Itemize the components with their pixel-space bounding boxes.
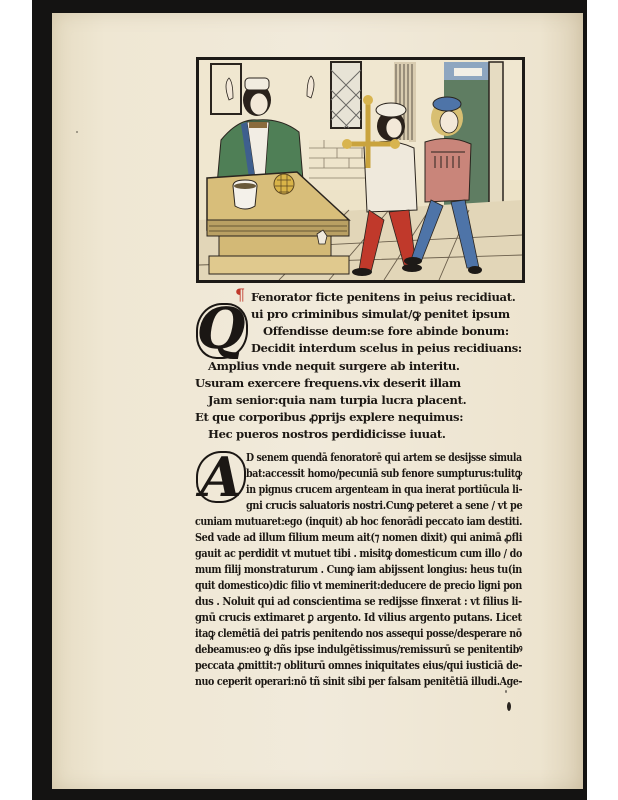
- prose-line: nuo ceperit operari:nō tñ sinit sibi per…: [195, 674, 522, 688]
- verse-line: Et que corporibus ꝓprijs explere nequimu…: [195, 410, 463, 424]
- prose-line: mum filij monstraturum . Cunꝙ iam abijss…: [195, 562, 522, 576]
- prose-line: gnū crucis extimaret ꝑ argento. Id viliu…: [195, 610, 522, 624]
- prose-line: quit domestico)dic filio vt meminerit:de…: [195, 578, 522, 592]
- verse-line: Amplius vnde nequit surgere ab interitu.: [208, 359, 460, 373]
- prose-line: Sed vade ad illum filium meum ait(⁊ nome…: [195, 530, 522, 544]
- verse-line: Jam senior:quia nam turpia lucra placent…: [208, 393, 466, 407]
- prose-line: gni crucis saluatoris nostri.Cunꝙ petere…: [246, 498, 522, 512]
- prose-line: D senem quendā fenoratorē qui artem se d…: [246, 450, 522, 464]
- chapter-heading: Fenorator ficte penitens in peius recidi…: [251, 290, 515, 304]
- woodcut-scene-icon: [199, 60, 522, 280]
- prose-line: cuniam mutuaret:ego (inquit) ab hoc feno…: [195, 514, 522, 528]
- prose-line: dus . Noluit qui ad conscientima se redi…: [195, 594, 522, 608]
- verse-line: ui pro criminibus simulat/ꝙ penitet ipsu…: [251, 307, 510, 321]
- dropcap-flourish-icon: [196, 303, 248, 359]
- dropcap-flourish-icon: [196, 451, 246, 503]
- prose-line: itaꝙ clemētiā dei patris penitendo nos a…: [195, 626, 522, 640]
- ink-speck: [507, 702, 511, 711]
- verse-line: Decidit interdum scelus in peius recidiu…: [251, 341, 522, 355]
- verse-line: Usuram exercere frequens.vix deserit ill…: [195, 376, 461, 390]
- prose-line: gauit ac perdidit vt mutuet tibi . misit…: [195, 546, 522, 560]
- prose-line: bat:accessit homo/pecuniā sub fenore sum…: [246, 466, 522, 480]
- prose-line: in pignus crucem argenteam in qua inerat…: [246, 482, 522, 496]
- prose-line: peccata ꝓmittit:⁊ obliturū omnes iniquit…: [195, 658, 522, 672]
- woodcut-illustration: [196, 57, 525, 283]
- verse-line: Offendisse deum:se fore abinde bonum:: [263, 324, 509, 338]
- ink-speck: [76, 131, 78, 133]
- ink-speck: [505, 690, 507, 693]
- verse-line: Hec pueros nostros perdidicisse iuuat.: [208, 427, 446, 441]
- prose-line: debeamus:eo ꝙ dñs ipse indulgētissimus/r…: [195, 642, 522, 656]
